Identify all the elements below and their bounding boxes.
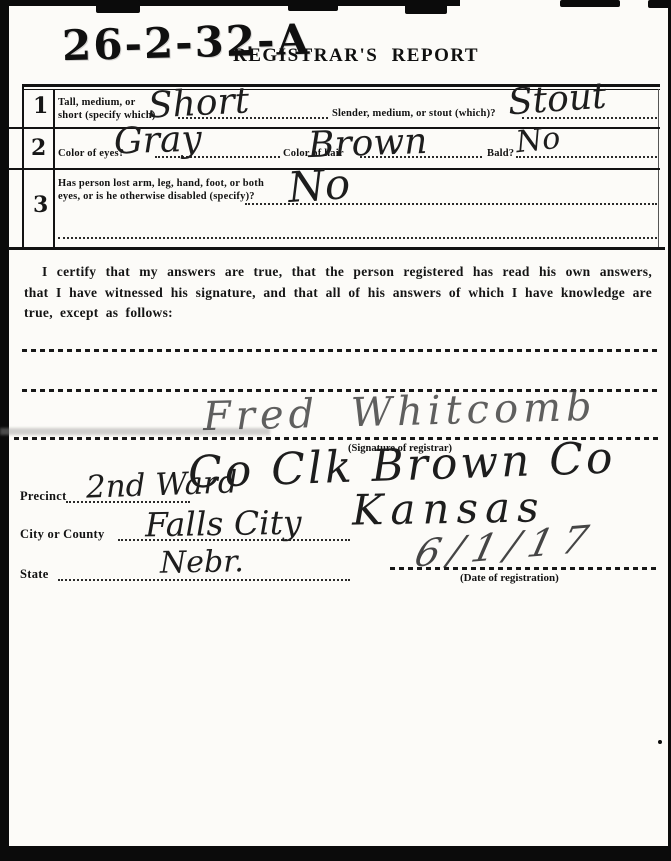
registrar-signature-handwriting: Fred Whitcomb <box>203 387 598 437</box>
registration-date-line <box>390 567 657 570</box>
scan-edge-bottom <box>0 846 671 861</box>
scan-speck <box>658 740 662 744</box>
exception-line-1 <box>22 349 658 352</box>
row3-label-line1: Has person lost arm, leg, hand, foot, or… <box>58 177 264 190</box>
scan-blob <box>288 0 338 11</box>
scan-blob <box>96 0 140 13</box>
row1-answer2-handwriting: Stout <box>507 79 608 122</box>
row1-label: Tall, medium, or short (specify which) <box>58 96 156 122</box>
row3-number: 3 <box>33 192 48 218</box>
row2-number: 2 <box>31 135 46 161</box>
row2-answer3-handwriting: No <box>515 124 562 158</box>
precinct-label: Precinct <box>20 489 67 504</box>
row1-label-line1: Tall, medium, or <box>58 96 156 109</box>
registrar-report-card: 26-2-32-A REGISTRAR'S REPORT 1 Tall, med… <box>0 0 671 861</box>
precinct-value-handwriting: 2nd Ward <box>86 467 239 503</box>
table-bottom-rule <box>8 247 665 250</box>
row1-label2: Slender, medium, or stout (which)? <box>332 107 496 120</box>
state-value-handwriting: Nebr. <box>160 547 244 578</box>
form-title: REGISTRAR'S REPORT <box>233 45 479 67</box>
table-left-border <box>22 84 24 249</box>
row2-answer1-handwriting: Gray <box>113 121 202 160</box>
scan-edge-top <box>0 0 460 6</box>
certification-statement: I certify that my answers are true, that… <box>24 262 652 324</box>
registration-date-caption: (Date of registration) <box>460 572 559 584</box>
row3-continuation-line <box>58 237 657 239</box>
city-or-county-value-handwriting: Falls City <box>145 506 302 542</box>
row3-label: Has person lost arm, leg, hand, foot, or… <box>58 177 264 203</box>
row1-number: 1 <box>33 93 48 119</box>
scan-blob <box>560 0 620 7</box>
row2-answer2-handwriting: Brown <box>307 124 428 164</box>
scan-blob <box>405 0 447 14</box>
state-label: State <box>20 567 49 582</box>
row2-label3: Bald? <box>487 147 514 160</box>
row3-label-line2: eyes, or is he otherwise disabled (speci… <box>58 190 264 203</box>
row3-answer-handwriting: No <box>287 163 352 209</box>
city-or-county-label: City or County <box>20 527 105 542</box>
